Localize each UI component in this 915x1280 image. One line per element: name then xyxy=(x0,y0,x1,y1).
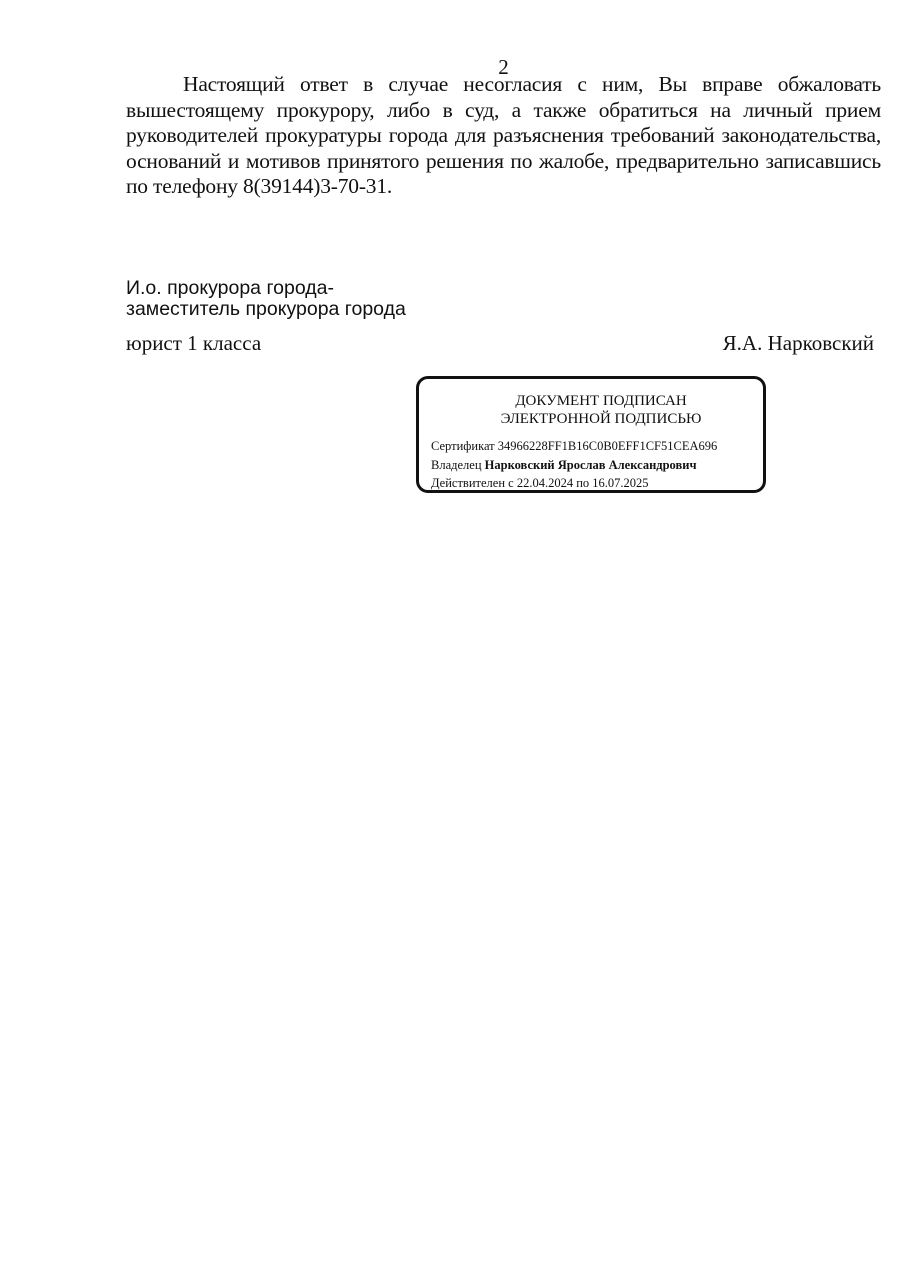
stamp-header-line1: ДОКУМЕНТ ПОДПИСАН xyxy=(439,392,763,410)
stamp-header-line2: ЭЛЕКТРОННОЙ ПОДПИСЬЮ xyxy=(439,410,763,428)
certificate-value: 34966228FF1B16C0B0EFF1CF51CEA696 xyxy=(498,439,718,453)
valid-from-label: Действителен с xyxy=(431,476,514,490)
signatory-title-line1: И.о. прокурора города- xyxy=(126,278,406,299)
signatory-rank: юрист 1 класса xyxy=(126,331,261,356)
owner-label: Владелец xyxy=(431,458,482,472)
owner-value: Нарковский Ярослав Александрович xyxy=(485,458,697,472)
signatory-title-line2: заместитель прокурора города xyxy=(126,299,406,320)
valid-from: 22.04.2024 xyxy=(517,476,573,490)
electronic-signature-stamp: ДОКУМЕНТ ПОДПИСАН ЭЛЕКТРОННОЙ ПОДПИСЬЮ С… xyxy=(416,376,766,493)
stamp-validity: Действителен с 22.04.2024 по 16.07.2025 xyxy=(431,474,717,493)
signatory-name: Я.А. Нарковский xyxy=(723,331,874,356)
certificate-label: Сертификат xyxy=(431,439,495,453)
signatory-title: И.о. прокурора города- заместитель проку… xyxy=(126,278,406,320)
stamp-certificate: Сертификат 34966228FF1B16C0B0EFF1CF51CEA… xyxy=(431,437,717,456)
body-paragraph: Настоящий ответ в случае несогласия с ни… xyxy=(126,72,881,200)
stamp-details: Сертификат 34966228FF1B16C0B0EFF1CF51CEA… xyxy=(431,437,717,493)
valid-to-label: по xyxy=(576,476,589,490)
stamp-owner: Владелец Нарковский Ярослав Александрови… xyxy=(431,456,717,475)
valid-to: 16.07.2025 xyxy=(592,476,648,490)
stamp-header: ДОКУМЕНТ ПОДПИСАН ЭЛЕКТРОННОЙ ПОДПИСЬЮ xyxy=(419,392,763,428)
